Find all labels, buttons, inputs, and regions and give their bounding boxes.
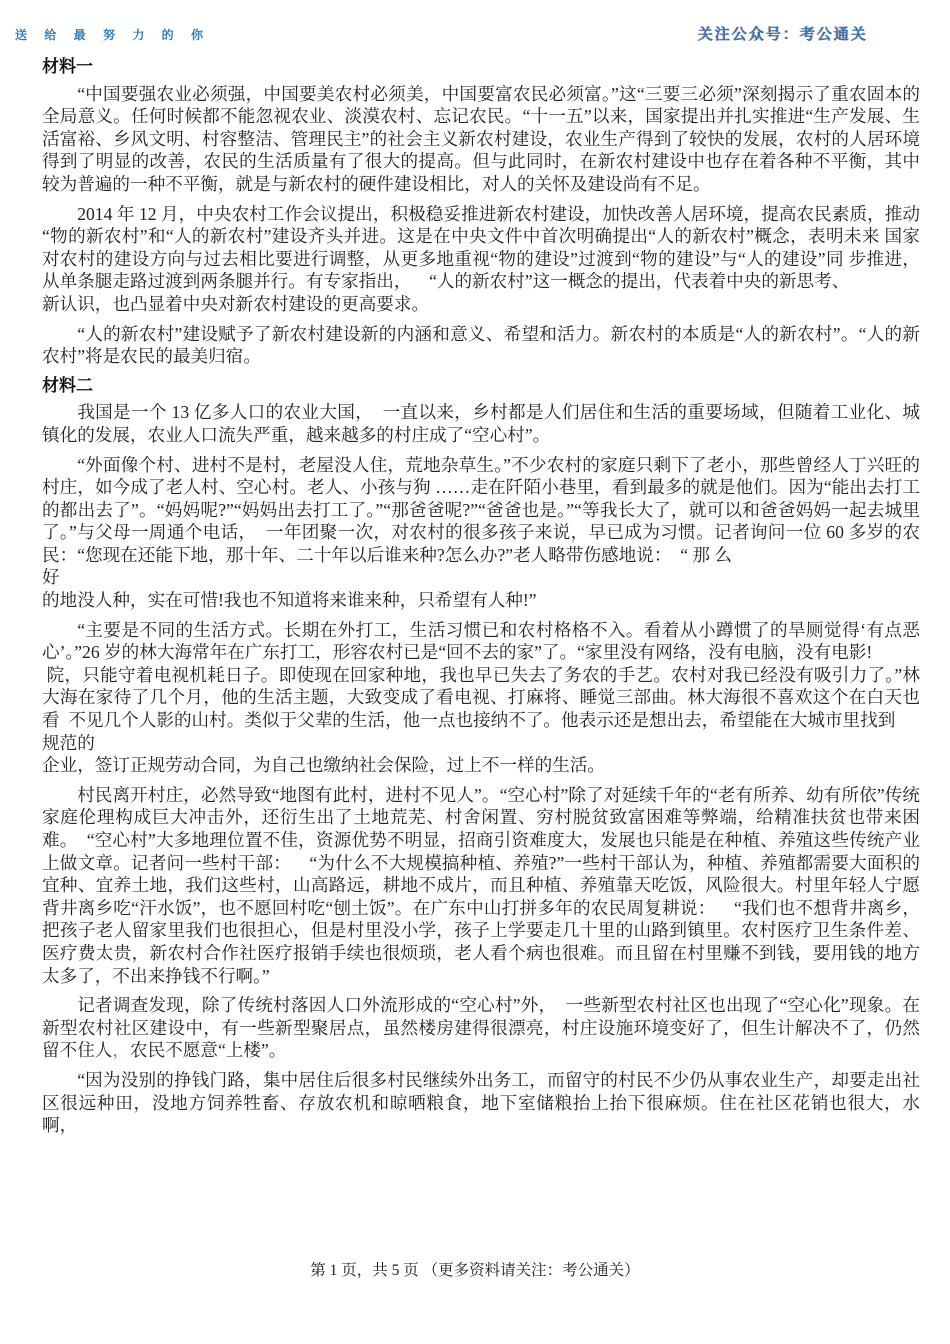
document-body: 材料一 “中国要强农业必须强，中国要美农村必须美，中国要富农民必须富。”这“三要…: [42, 56, 920, 1144]
material1-paragraph-1: “中国要强农业必须强，中国要美农村必须美，中国要富农民必须富。”这“三要三必须”…: [42, 83, 920, 196]
material2-paragraph-6: “因为没别的挣钱门路，集中居住后很多村民继续外出务工，而留守的村民不少仍从事农业…: [42, 1069, 920, 1137]
footer-page-info: 第 1 页，共 5 页 （更多资料请关注：考公通关）: [0, 1258, 950, 1280]
header-right-notice: 关注公众号：考公通关: [698, 23, 868, 44]
material1-heading: 材料一: [42, 56, 920, 79]
paragraph-5-text-after: 农民不愿意“上楼”。: [130, 1040, 286, 1060]
paragraph-5-orange-comma: ，: [112, 1040, 130, 1060]
material2-paragraph-3: “主要是不同的生活方式。长期在外打工，生活习惯已和农村格格不入。看着从小蹲惯了的…: [42, 619, 920, 777]
document-page: 送 给 最 努 力 的 你 关注公众号：考公通关 材料一 “中国要强农业必须强，…: [0, 0, 950, 1344]
material2-paragraph-2: “外面像个村、进村不是村，老屋没人住，荒地杂草生。”不少农村的家庭只剩下了老小，…: [42, 454, 920, 612]
material2-paragraph-4: 村民离开村庄，必然导致“地图有此村，进村不见人”。“空心村”除了对延续千年的“老…: [42, 784, 920, 987]
material1-paragraph-2: 2014 年 12 月，中央农村工作会议提出，积极稳妥推进新农村建设，加快改善人…: [42, 203, 920, 316]
header-left-slogan: 送 给 最 努 力 的 你: [15, 26, 210, 43]
material2-paragraph-5: 记者调查发现，除了传统村落因人口外流形成的“空心村”外， 一些新型农村社区也出现…: [42, 994, 920, 1062]
material2-paragraph-1: 我国是一个 13 亿多人口的农业大国， 一直以来，乡村都是人们居住和生活的重要场…: [42, 401, 920, 446]
material2-heading: 材料二: [42, 375, 920, 398]
material1-paragraph-3: “人的新农村”建设赋予了新农村建设新的内涵和意义、希望和活力。新农村的本质是“人…: [42, 323, 920, 368]
